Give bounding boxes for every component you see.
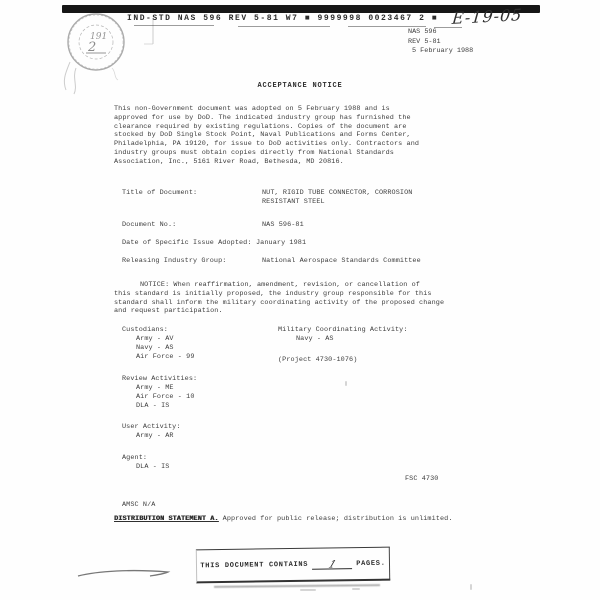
distribution-statement-text: Approved for public release; distributio… — [223, 515, 453, 523]
page-count-stamp-suffix: PAGES. — [356, 559, 386, 567]
distribution-statement-lead: DISTRIBUTION STATEMENT A. — [114, 515, 218, 523]
document-id-block: NAS 596 REV 5-81 5 February 1988 — [408, 28, 473, 57]
pen-stroke-mark — [76, 566, 176, 582]
agent-heading: Agent: — [122, 454, 147, 463]
scan-speck — [300, 589, 316, 591]
field-value-docno: NAS 596-81 — [262, 221, 304, 230]
field-label-title: Title of Document: — [122, 189, 197, 198]
user-activity-item: Army - AR — [136, 432, 174, 441]
field-label-docno: Document No.: — [122, 221, 176, 230]
doc-revision: REV 5-81 — [408, 38, 473, 48]
fsc-code: FSC 4730 — [405, 475, 438, 484]
scanned-document-page: 191 2 IND-STD NAS 596 REV 5-81 W7 ■ 9999… — [0, 0, 600, 600]
amsc-code: AMSC N/A — [122, 501, 155, 510]
underline-mark — [134, 25, 214, 26]
doc-number: NAS 596 — [408, 28, 473, 38]
scan-speck — [470, 584, 472, 590]
custodian-item: Navy - AS — [136, 344, 174, 353]
handwritten-page-count: 1 — [327, 559, 338, 570]
distribution-statement: DISTRIBUTION STATEMENT A. Approved for p… — [114, 515, 453, 524]
review-activities-heading: Review Activities: — [122, 375, 197, 384]
review-item: DLA - IS — [136, 402, 169, 411]
scan-speck — [352, 588, 360, 590]
military-coordinating-heading: Military Coordinating Activity: — [278, 326, 408, 335]
page-title: ACCEPTANCE NOTICE — [0, 82, 600, 90]
page-count-stamp-prefix: THIS DOCUMENT CONTAINS — [200, 560, 308, 570]
user-activity-heading: User Activity: — [122, 423, 181, 432]
review-item: Air Force - 10 — [136, 393, 195, 402]
handwritten-note: E-19-05 — [451, 5, 523, 28]
page-count-stamp: THIS DOCUMENT CONTAINS 1 PAGES. — [196, 547, 390, 584]
field-value-title: NUT, RIGID TUBE CONNECTOR, CORROSION RES… — [262, 189, 412, 207]
military-coordinating-item: Navy - AS — [296, 335, 334, 344]
underline-mark — [238, 26, 330, 27]
field-value-date-adopted: January 1981 — [256, 239, 306, 248]
microfiche-header-line: IND-STD NAS 596 REV 5-81 W7 ■ 9999998 00… — [127, 14, 438, 23]
doc-date: 5 February 1988 — [408, 47, 473, 57]
custodians-heading: Custodians: — [122, 326, 168, 335]
field-value-industry-group: National Aerospace Standards Committee — [262, 257, 421, 266]
field-label-industry-group: Releasing Industry Group: — [122, 257, 226, 266]
agent-item: DLA - IS — [136, 463, 169, 472]
field-label-date-adopted: Date of Specific Issue Adopted: — [122, 239, 252, 248]
custodian-item: Air Force - 99 — [136, 353, 195, 362]
page-count-blank: 1 — [312, 559, 352, 570]
notice-paragraph: NOTICE: When reaffirmation, amendment, r… — [114, 281, 459, 316]
intro-paragraph: This non-Government document was adopted… — [114, 105, 444, 167]
scan-speck — [345, 381, 347, 386]
custodian-item: Army - AV — [136, 335, 174, 344]
project-number: (Project 4730-1076) — [278, 356, 357, 365]
underline-mark — [348, 26, 426, 27]
review-item: Army - ME — [136, 384, 174, 393]
